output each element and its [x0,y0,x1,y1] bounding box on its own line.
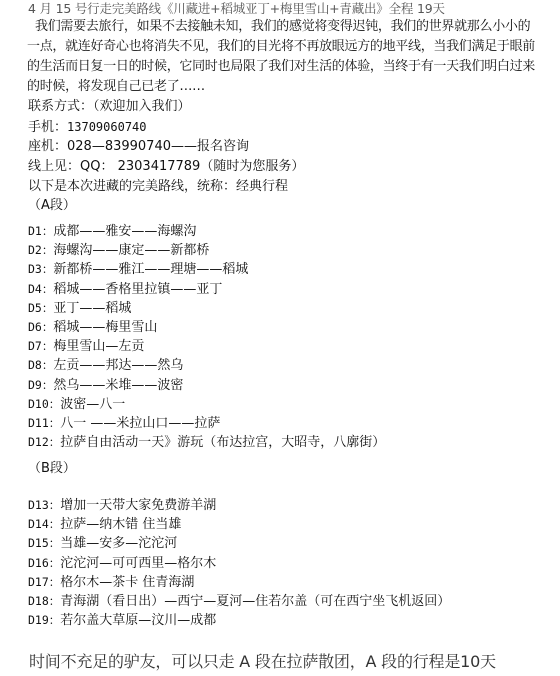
day-item: D8：左贡——邦达——然乌 [28,356,385,375]
day-route: 拉萨自由活动一天》游玩（布达拉宫，大昭寺，八廓街） [60,435,385,450]
contact-mobile: 手机：13709060740 [28,117,304,137]
section-b-label: （B段） [28,459,76,479]
day-code: D14： [28,517,60,531]
day-route: 增加一天带大家免费游羊湖 [60,498,216,513]
day-route: 波密—八一 [60,397,125,412]
day-route: 亚丁——稻城 [53,301,131,316]
day-code: D10： [28,397,60,411]
day-item: D3：新都桥——雅江——理塘——稻城 [28,260,385,279]
day-code: D15： [28,536,60,550]
day-route: 拉萨—纳木错 住当雄 [60,517,181,532]
day-item: D4：稻城——香格里拉镇——亚丁 [28,280,385,299]
mobile-value: 13709060740 [67,120,146,134]
day-route: 然乌——米堆——波密 [53,378,183,393]
day-code: D16： [28,556,60,570]
footer-note: 时间不充足的驴友，可以只走 A 段在拉萨散团，A 段的行程是10天 [29,651,496,673]
day-code: D7： [28,339,53,353]
day-item: D7：梅里雪山—左贡 [28,337,385,356]
day-item: D15：当雄—安多—沱沱河 [28,534,450,553]
day-route: 海螺沟——康定——新都桥 [53,243,209,258]
mobile-label: 手机： [28,120,67,135]
route-intro: 以下是本次进藏的完美路线，统称：经典行程 [28,177,304,197]
day-item: D19：若尔盖大草原—汶川—成都 [28,611,450,630]
day-item: D12：拉萨自由活动一天》游玩（布达拉宫，大昭寺，八廓街） [28,433,385,452]
intro-paragraph: 我们需要去旅行，如果不去接触未知，我们的感觉将变得迟钝，我们的世界就那么小小的一… [27,17,539,97]
landline-value: 028—83990740——报名咨询 [67,139,249,154]
day-item: D5：亚丁——稻城 [28,299,385,318]
day-item: D13：增加一天带大家免费游羊湖 [28,496,450,515]
contact-landline: 座机：028—83990740——报名咨询 [28,137,304,157]
day-code: D12： [28,435,60,449]
day-code: D19： [28,613,60,627]
section-a-label: （A段） [28,196,76,216]
section-a-days: D1：成都——雅安——海螺沟 D2：海螺沟——康定——新都桥 D3：新都桥——雅… [28,222,385,452]
section-b-days: D13：增加一天带大家免费游羊湖 D14：拉萨—纳木错 住当雄 D15：当雄—安… [28,496,450,630]
day-code: D11： [28,416,60,430]
day-item: D1：成都——雅安——海螺沟 [28,222,385,241]
contact-block: 联系方式：（欢迎加入我们） 手机：13709060740 座机：028—8399… [28,97,304,197]
day-item: D2：海螺沟——康定——新都桥 [28,241,385,260]
day-route: 沱沱河—可可西里—格尔木 [60,556,216,571]
day-code: D6： [28,320,53,334]
day-code: D4： [28,282,53,296]
day-route: 梅里雪山—左贡 [53,339,144,354]
landline-label: 座机： [28,139,67,154]
day-item: D18：青海湖（看日出）—西宁—夏河—住若尔盖（可在西宁坐飞机返回） [28,592,450,611]
day-code: D17： [28,575,60,589]
online-value: QQ： 2303417789（随时为您服务） [80,159,304,174]
day-item: D17：格尔木—茶卡 住青海湖 [28,573,450,592]
day-item: D9：然乌——米堆——波密 [28,376,385,395]
day-route: 八一 ——米拉山口——拉萨 [60,416,220,431]
day-route: 新都桥——雅江——理塘——稻城 [53,262,248,277]
day-code: D13： [28,498,60,512]
day-code: D2： [28,243,53,257]
day-route: 成都——雅安——海螺沟 [53,224,196,239]
day-route: 若尔盖大草原—汶川—成都 [60,613,216,628]
contact-heading: 联系方式：（欢迎加入我们） [28,97,304,117]
day-code: D5： [28,301,53,315]
day-item: D16：沱沱河—可可西里—格尔木 [28,554,450,573]
day-code: D8： [28,358,53,372]
page-title: 4 月 15 号行走完美路线《川藏进+稻城亚丁+梅里雪山+青藏出》全程 19天 [28,0,445,17]
day-item: D11：八一 ——米拉山口——拉萨 [28,414,385,433]
day-code: D9： [28,378,53,392]
day-route: 格尔木—茶卡 住青海湖 [60,575,194,590]
day-route: 稻城——梅里雪山 [53,320,157,335]
day-route: 稻城——香格里拉镇——亚丁 [53,282,222,297]
day-item: D10：波密—八一 [28,395,385,414]
day-code: D18： [28,594,60,608]
intro-text: 我们需要去旅行，如果不去接触未知，我们的感觉将变得迟钝，我们的世界就那么小小的一… [27,19,535,94]
day-item: D6：稻城——梅里雪山 [28,318,385,337]
day-route: 青海湖（看日出）—西宁—夏河—住若尔盖（可在西宁坐飞机返回） [60,594,450,609]
day-item: D14：拉萨—纳木错 住当雄 [28,515,450,534]
day-code: D3： [28,262,53,276]
day-code: D1： [28,224,53,238]
day-route: 左贡——邦达——然乌 [53,358,183,373]
day-route: 当雄—安多—沱沱河 [60,536,177,551]
contact-online: 线上见：QQ： 2303417789（随时为您服务） [28,157,304,177]
online-label: 线上见： [28,159,80,174]
